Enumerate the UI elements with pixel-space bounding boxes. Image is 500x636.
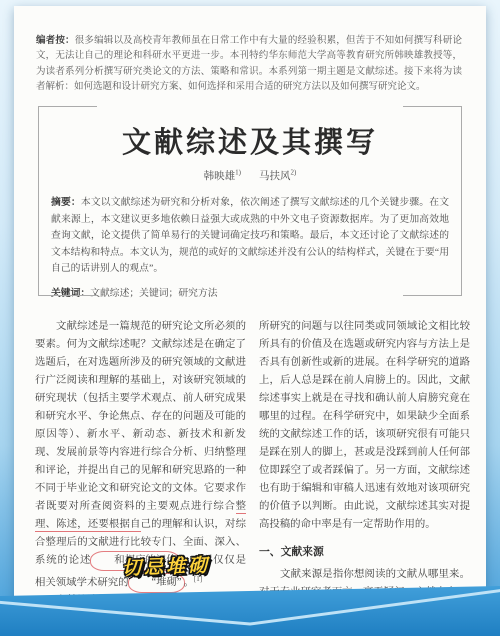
document-page: 编者按：很多编辑以及高校青年教师虽在日常工作中有大量的经验积累，但苦于不知如何撰…: [14, 6, 486, 606]
author-name-text: 韩映雄: [204, 171, 236, 182]
author-name-text: 马扶风: [259, 171, 291, 182]
blue-footer-band: [0, 572, 500, 636]
abstract-label: 摘要：: [51, 197, 81, 208]
right-paragraph-1: 所研究的问题与以往同类或同领域论文相比较所具有的价值及在选题或研究内容与方法上是…: [259, 318, 470, 534]
keywords-label: 关键词：: [51, 288, 90, 299]
editor-note: 编者按：很多编辑以及高校青年教师虽在日常工作中有大量的经验积累，但苦于不知如何撰…: [36, 34, 462, 96]
section-heading-literature-sources: 一、文献来源: [259, 543, 470, 561]
right-column: 所研究的问题与以往同类或同领域论文相比较所具有的价值及在选题或研究内容与方法上是…: [259, 318, 470, 602]
abstract-text: 本文以文献综述为研究和分析对象，依次阐述了撰写文献综述的几个关键步骤。在文献来源…: [51, 197, 449, 274]
frame-corner-divider: [403, 295, 461, 296]
left-paragraph-1: 文献综述是一篇规范的研究论文所必须的要素。何为文献综述呢？文献综述是在确定了选题…: [35, 318, 246, 592]
author-affiliation-mark: 1): [235, 169, 241, 177]
band-shape: [0, 586, 500, 636]
keywords-text: 文献综述；关键词；研究方法: [90, 288, 217, 299]
editor-note-text: 很多编辑以及高校青年教师虽在日常工作中有大量的经验积累，但苦于不知如何撰写科研论…: [36, 36, 462, 93]
body-text: 文献综述是一篇规范的研究论文所必须的要素。何为文献综述呢？文献综述是在确定了选题…: [35, 321, 246, 512]
author-name: 马扶风2): [259, 171, 296, 182]
title-abstract-frame: 文献综述及其撰写 韩映雄1)马扶风2) 摘要：本文以文献综述为研究和分析对象，依…: [38, 106, 462, 296]
author-name: 韩映雄1): [204, 171, 241, 182]
frame-corner-divider: [39, 106, 97, 107]
author-affiliation-mark: 2): [291, 169, 297, 177]
author-line: 韩映雄1)马扶风2): [39, 168, 461, 183]
abstract-paragraph: 摘要：本文以文献综述为研究和分析对象，依次阐述了撰写文献综述的几个关键步骤。在文…: [51, 195, 449, 278]
article-title: 文献综述及其撰写: [39, 120, 461, 161]
frame-corner-divider: [39, 295, 97, 296]
scanned-article-photo: 编者按：很多编辑以及高校青年教师虽在日常工作中有大量的经验积累，但苦于不知如何撰…: [0, 0, 500, 636]
keywords-line: 关键词：文献综述；关键词；研究方法: [51, 285, 449, 299]
editor-note-label: 编者按：: [36, 36, 75, 46]
frame-corner-divider: [403, 106, 461, 107]
